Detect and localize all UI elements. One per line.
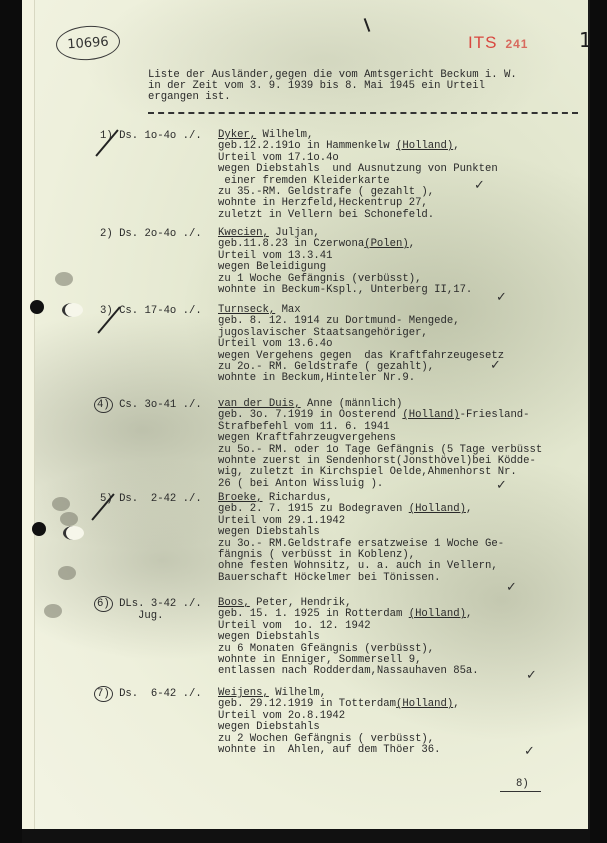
entry-line: zu 5o.- RM. oder 1o Tage Gefängnis (5 Ta… xyxy=(218,444,542,456)
entry-line: zu 3o.- RM.Geldstrafe ersatzweise 1 Woch… xyxy=(218,538,504,550)
person-surname: Boos, xyxy=(218,597,250,609)
entry-line: Urteil vom 17.1o.4o xyxy=(218,152,339,164)
check-mark-icon: ✓ xyxy=(496,290,507,305)
person-given-names: Anne (männlich) xyxy=(301,398,403,410)
person-given-names: Max xyxy=(275,304,300,316)
person-surname: van der Duis, xyxy=(218,398,301,410)
entry-line: wohnte in Ahlen, auf dem Thöer 36. xyxy=(218,744,441,756)
entry-line: jugoslavischer Staatsangehöriger, xyxy=(218,327,428,339)
page-edge xyxy=(588,0,590,843)
entry-details: Broeke, Richardus, geb. 2. 7. 1915 zu Bo… xyxy=(218,493,504,584)
entry-line: geb. 15. 1. 1925 in Rotterdam (Holland), xyxy=(218,608,472,620)
smudge-mark xyxy=(60,512,78,526)
document-title: Liste der Ausländer,gegen die vom Amtsge… xyxy=(148,70,517,103)
smudge-mark xyxy=(58,566,76,580)
case-number: DLs. 3-42 ./. xyxy=(113,598,202,610)
entry-case-ref: 7) Ds. 6-42 ./. xyxy=(94,688,202,700)
entry-line: fängnis ( verbüsst in Koblenz), xyxy=(218,549,415,561)
underlined-country: (Holland) xyxy=(396,140,453,152)
page-margin xyxy=(22,0,35,843)
entry-details: van der Duis, Anne (männlich) geb. 3o. 7… xyxy=(218,399,542,490)
page-edge xyxy=(22,829,590,843)
entry-line: wegen Diebstahls xyxy=(218,721,320,733)
entry-line: zu 1 Woche Gefängnis (verbüsst), xyxy=(218,273,421,285)
entry-line: geb. 8. 12. 1914 zu Dortmund- Mengede, xyxy=(218,315,460,327)
case-number: Cs. 17-4o ./. xyxy=(113,305,202,317)
entry-line: geb.12.2.191o in Hammenkelw (Holland), xyxy=(218,140,460,152)
person-surname: Kwecien, xyxy=(218,227,269,239)
entry-details: Kwecien, Juljan, geb.11.8.23 in Czerwona… xyxy=(218,228,472,296)
entry-line: zu 35.-RM. Geldstrafe ( gezahlt ), xyxy=(218,186,434,198)
entry-line: wegen Diebstahls und Ausnutzung von Punk… xyxy=(218,163,498,175)
entry-line: Bauerschaft Höckelmer bei Tönissen. xyxy=(218,572,441,584)
check-mark-icon: ✓ xyxy=(490,358,501,373)
entry-case-ref: 4) Cs. 3o-41 ./. xyxy=(94,399,202,411)
underlined-country: (Polen) xyxy=(364,238,409,250)
document-page: 10696 ITS241 1 Liste der Ausländer,gegen… xyxy=(22,0,590,843)
check-mark-icon: ✓ xyxy=(524,744,535,759)
underlined-country: (Holland) xyxy=(409,608,466,620)
entry-line: wohnte in Beckum-Kspl., Unterberg II,17. xyxy=(218,284,472,296)
entry-line: Strafbefehl vom 11. 6. 1941 xyxy=(218,421,390,433)
person-surname: Turnseck, xyxy=(218,304,275,316)
entry-line: wohnte zuerst in Sendenhorst(Jonsthövel)… xyxy=(218,455,536,467)
entry-line: Urteil vom 13.3.41 xyxy=(218,250,332,262)
punch-hole-icon xyxy=(30,300,44,314)
entry-line: wegen Vergehens gegen das Kraftfahrzeuge… xyxy=(218,350,504,362)
punch-hole-icon xyxy=(62,303,83,317)
title-line: ergangen ist. xyxy=(148,91,231,103)
page-mark: 1 xyxy=(579,28,590,52)
check-mark-icon: ✓ xyxy=(496,478,507,493)
smudge-mark xyxy=(44,604,62,618)
entry-line: geb.11.8.23 in Czerwona(Polen), xyxy=(218,238,415,250)
punch-hole-icon xyxy=(32,522,46,536)
check-mark-icon: ✓ xyxy=(474,178,485,193)
person-surname: Broeke, xyxy=(218,492,263,504)
person-given-names: Juljan, xyxy=(269,227,320,239)
entry-line: wegen Diebstahls xyxy=(218,631,320,643)
entry-line: geb. 3o. 7.1919 in Oosterend (Holland)-F… xyxy=(218,409,530,421)
entry-line: entlassen nach Rodderdam,Nassauhaven 85a… xyxy=(218,665,479,677)
person-given-names: Peter, Hendrik, xyxy=(250,597,352,609)
check-mark-icon: ✓ xyxy=(526,668,537,683)
entry-case-ref: 6) DLs. 3-42 ./.Jug. xyxy=(94,598,202,622)
entry-line: wohnte in Beckum,Hinteler Nr.9. xyxy=(218,372,415,384)
entry-details: Turnseck, Max geb. 8. 12. 1914 zu Dortmu… xyxy=(218,305,504,385)
entry-line: zuletzt in Vellern bei Schonefeld. xyxy=(218,209,434,221)
entry-number: 4) xyxy=(94,397,113,413)
entry-line: wegen Beleidigung xyxy=(218,261,326,273)
person-given-names: Richardus, xyxy=(263,492,333,504)
case-number: Ds. 2o-4o ./. xyxy=(113,228,202,240)
entry-number: 2) xyxy=(100,228,113,240)
entry-line: wegen Kraftfahrzeugvergehens xyxy=(218,432,396,444)
case-number: Cs. 3o-41 ./. xyxy=(113,399,202,411)
case-number: Ds. 6-42 ./. xyxy=(113,688,202,700)
entry-line: ohne festen Wohnsitz, u. a. auch in Vell… xyxy=(218,560,498,572)
entry-line: zu 2o.- RM. Geldstrafe ( gezahlt), xyxy=(218,361,434,373)
pen-mark xyxy=(364,18,371,32)
continuation-marker: 8) xyxy=(500,778,541,792)
check-mark-icon: ✓ xyxy=(506,580,517,595)
reference-number: 10696 xyxy=(55,24,121,62)
entry-line: Urteil vom 2o.8.1942 xyxy=(218,710,345,722)
entry-line: Urteil vom 13.6.4o xyxy=(218,338,332,350)
entry-number: 7) xyxy=(94,686,113,702)
underlined-country: (Holland) xyxy=(396,698,453,710)
case-note: Jug. xyxy=(94,610,202,622)
entry-line: geb. 29.12.1919 in Totterdam(Holland), xyxy=(218,698,460,710)
entry-line: wohnte in Enniger, Sommersell 9, xyxy=(218,654,421,666)
entry-details: Boos, Peter, Hendrik, geb. 15. 1. 1925 i… xyxy=(218,598,479,678)
stamp-number: 241 xyxy=(505,37,528,51)
entry-line: 26 ( bei Anton Wissluig ). xyxy=(218,478,383,490)
entry-line: einer fremden Kleiderkarte xyxy=(218,175,390,187)
entry-line: geb. 2. 7. 1915 zu Bodegraven (Holland), xyxy=(218,503,472,515)
entry-case-ref: 2) Ds. 2o-4o ./. xyxy=(100,228,202,240)
smudge-mark xyxy=(52,497,70,511)
entry-line: Urteil vom 29.1.1942 xyxy=(218,515,345,527)
underlined-country: (Holland) xyxy=(409,503,466,515)
entry-line: zu 2 Wochen Gefängnis ( verbüsst), xyxy=(218,733,434,745)
person-surname: Weijens, xyxy=(218,687,269,699)
dashed-divider xyxy=(148,112,578,114)
case-number: Ds. 1o-4o ./. xyxy=(113,130,202,142)
entry-number: 6) xyxy=(94,596,113,612)
entry-line: Urteil vom 1o. 12. 1942 xyxy=(218,620,371,632)
stamp-label: ITS xyxy=(468,33,497,52)
person-surname: Dyker, xyxy=(218,129,256,141)
entry-line: wegen Diebstahls xyxy=(218,526,320,538)
case-number: Ds. 2-42 ./. xyxy=(113,493,202,505)
punch-hole-icon xyxy=(63,526,84,540)
underlined-country: (Holland) xyxy=(402,409,459,421)
entry-case-ref: 5) Ds. 2-42 ./. xyxy=(100,493,202,505)
entry-details: Dyker, Wilhelm, geb.12.2.191o in Hammenk… xyxy=(218,130,498,221)
person-given-names: Wilhelm, xyxy=(256,129,313,141)
smudge-mark xyxy=(55,272,73,286)
entry-line: wohnte in Herzfeld,Heckentrup 27, xyxy=(218,197,428,209)
entry-line: wig, zuletzt in Kirchspiel Oelde,Ahmenho… xyxy=(218,466,517,478)
entry-details: Weijens, Wilhelm, geb. 29.12.1919 in Tot… xyxy=(218,688,460,756)
entry-line: zu 6 Monaten Gfeängnis (verbüsst), xyxy=(218,643,434,655)
person-given-names: Wilhelm, xyxy=(269,687,326,699)
its-stamp: ITS241 xyxy=(468,33,528,53)
